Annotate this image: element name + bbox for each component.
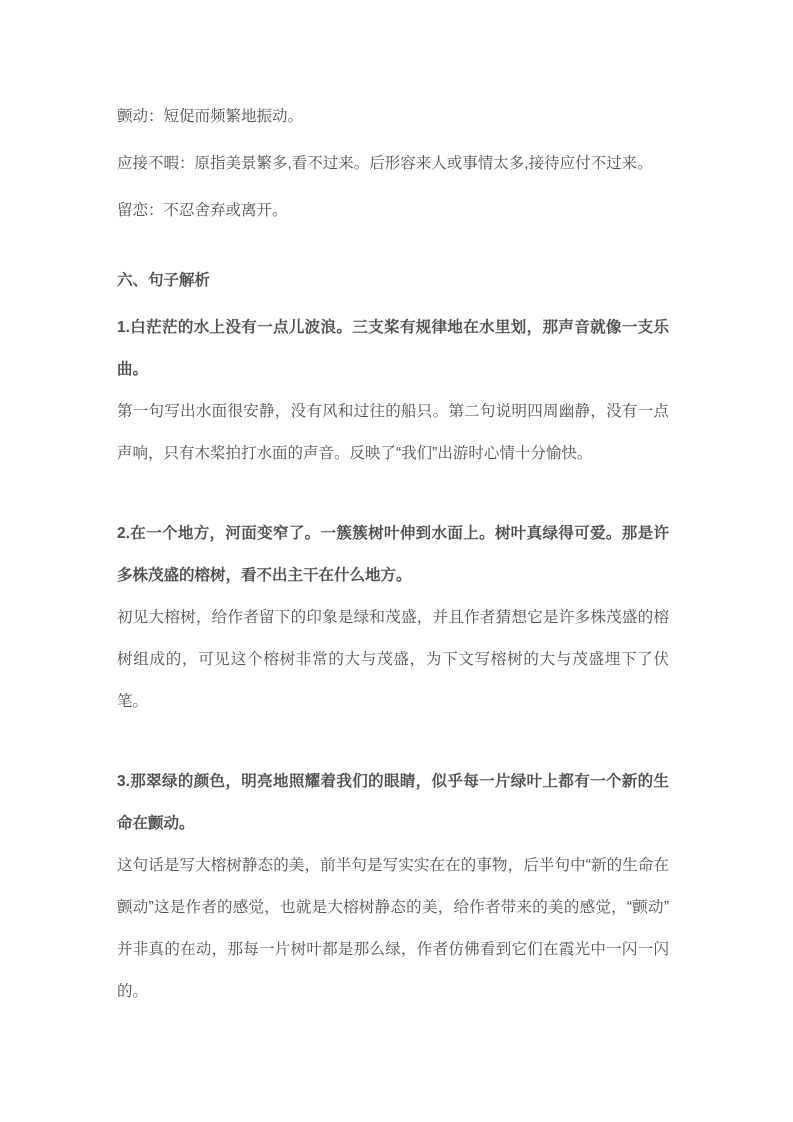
sentence-analysis-item-3: 3.那翠绿的颜色，明亮地照耀着我们的眼睛，似乎每一片绿叶上都有一个新的生命在颤动… (117, 761, 669, 1013)
analysis-1-text: 第一句写出水面很安静，没有风和过往的船只。第二句说明四周幽静，没有一点声响，只有… (117, 391, 669, 475)
sentence-analysis-item-2: 2.在一个地方，河面变窄了。一簇簇树叶伸到水面上。树叶真绿得可爱。那是许多株茂盛… (117, 513, 669, 723)
sentence-analysis-item-1: 1.白茫茫的水上没有一点儿波浪。三支桨有规律地在水里划，那声音就像一支乐曲。 第… (117, 307, 669, 475)
document-page: 颤动：短促而频繁地振动。 应接不暇：原指美景繁多,看不过来。后形容来人或事情太多… (0, 0, 793, 1122)
sentence-3-text: 3.那翠绿的颜色，明亮地照耀着我们的眼睛，似乎每一片绿叶上都有一个新的生命在颤动… (117, 761, 669, 845)
sentence-1-text: 1.白茫茫的水上没有一点儿波浪。三支桨有规律地在水里划，那声音就像一支乐曲。 (117, 307, 669, 391)
word-definitions-list: 颤动：短促而频繁地振动。 应接不暇：原指美景繁多,看不过来。后形容来人或事情太多… (117, 96, 669, 232)
section-heading-sentence-analysis: 六、句子解析 (117, 260, 669, 302)
definition-chandong: 颤动：短促而频繁地振动。 (117, 96, 669, 138)
sentence-analysis-list: 1.白茫茫的水上没有一点儿波浪。三支桨有规律地在水里划，那声音就像一支乐曲。 第… (117, 307, 669, 1013)
definition-liulian: 留恋：不忍舍弃或离开。 (117, 190, 669, 232)
definition-yingjiebuxia: 应接不暇：原指美景繁多,看不过来。后形容来人或事情太多,接待应付不过来。 (117, 143, 669, 185)
analysis-3-text: 这句话是写大榕树静态的美，前半句是写实实在在的事物，后半句中“新的生命在颤动”这… (117, 845, 669, 1013)
sentence-2-text: 2.在一个地方，河面变窄了。一簇簇树叶伸到水面上。树叶真绿得可爱。那是许多株茂盛… (117, 513, 669, 597)
analysis-2-text: 初见大榕树，给作者留下的印象是绿和茂盛，并且作者猜想它是许多株茂盛的榕树组成的，… (117, 597, 669, 723)
